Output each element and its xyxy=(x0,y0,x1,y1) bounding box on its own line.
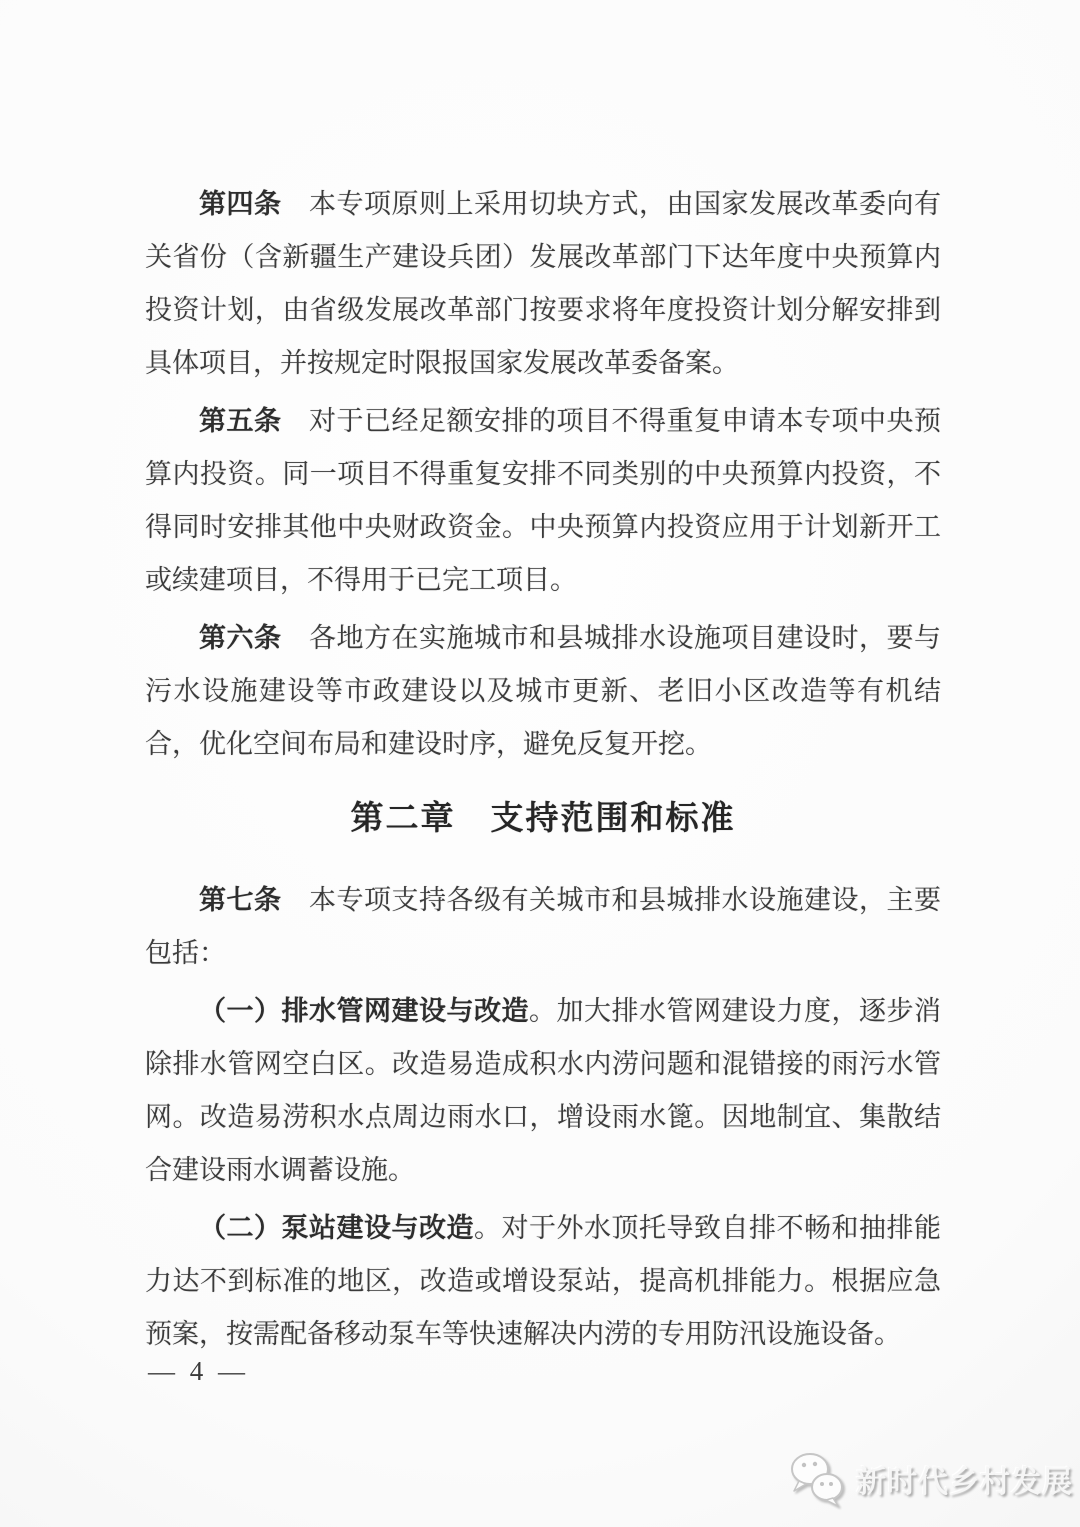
paragraph: （二）泵站建设与改造。对于外水顶托导致自排不畅和抽排能力达不到标准的地区，改造或… xyxy=(145,1202,941,1361)
document-body: 第四条 本专项原则上采用切块方式，由国家发展改革委向有关省份（含新疆生产建设兵团… xyxy=(145,178,941,1366)
text-line: 预案，按需配备移动泵车等快速解决内涝的专用防汛设施设备。 xyxy=(145,1308,941,1361)
text-line: 第五条 对于已经足额安排的项目不得重复申请本专项中央预 xyxy=(145,395,941,448)
article-label: （一）排水管网建设与改造 xyxy=(199,996,529,1026)
text-line: 第七条 本专项支持各级有关城市和县城排水设施建设，主要 xyxy=(145,874,941,927)
text-line: 第四条 本专项原则上采用切块方式，由国家发展改革委向有 xyxy=(145,178,941,231)
text-line: 网。改造易涝积水点周边雨水口，增设雨水篦。因地制宜、集散结 xyxy=(145,1091,941,1144)
chapter-heading: 第二章 支持范围和标准 xyxy=(145,791,941,844)
text-line: 具体项目，并按规定时限报国家发展改革委备案。 xyxy=(145,337,941,390)
text-line: 投资计划，由省级发展改革部门按要求将年度投资计划分解安排到 xyxy=(145,284,941,337)
text-line: 力达不到标准的地区，改造或增设泵站，提高机排能力。根据应急 xyxy=(145,1255,941,1308)
watermark-label: 新时代乡村发展 xyxy=(856,1457,1073,1501)
text-line: （一）排水管网建设与改造。加大排水管网建设力度，逐步消 xyxy=(145,985,941,1038)
article-label: 第四条 xyxy=(199,189,282,219)
text-line: 得同时安排其他中央财政资金。中央预算内投资应用于计划新开工 xyxy=(145,501,941,554)
text-line: 第六条 各地方在实施城市和县城排水设施项目建设时，要与 xyxy=(145,612,941,665)
paragraph: 第六条 各地方在实施城市和县城排水设施项目建设时，要与污水设施建设等市政建设以及… xyxy=(145,612,941,771)
text-line: （二）泵站建设与改造。对于外水顶托导致自排不畅和抽排能 xyxy=(145,1202,941,1255)
paragraph: 第四条 本专项原则上采用切块方式，由国家发展改革委向有关省份（含新疆生产建设兵团… xyxy=(145,178,941,390)
text-line: 算内投资。同一项目不得重复安排不同类别的中央预算内投资，不 xyxy=(145,448,941,501)
text-line: 合建设雨水调蓄设施。 xyxy=(145,1144,941,1197)
text-line: 污水设施建设等市政建设以及城市更新、老旧小区改造等有机结 xyxy=(145,665,941,718)
text-line: 合，优化空间布局和建设时序，避免反复开挖。 xyxy=(145,718,941,771)
wechat-icon xyxy=(788,1450,848,1508)
watermark: 新时代乡村发展 xyxy=(788,1450,1073,1508)
article-label: 第五条 xyxy=(199,406,282,436)
article-label: 第七条 xyxy=(199,885,282,915)
paragraph: 第五条 对于已经足额安排的项目不得重复申请本专项中央预算内投资。同一项目不得重复… xyxy=(145,395,941,607)
text-line: 或续建项目，不得用于已完工项目。 xyxy=(145,554,941,607)
text-line: 除排水管网空白区。改造易造成积水内涝问题和混错接的雨污水管 xyxy=(145,1038,941,1091)
page-number: — 4 — xyxy=(148,1356,249,1387)
article-label: 第六条 xyxy=(199,623,282,653)
document-page: 第四条 本专项原则上采用切块方式，由国家发展改革委向有关省份（含新疆生产建设兵团… xyxy=(0,0,1080,1527)
text-line: 关省份（含新疆生产建设兵团）发展改革部门下达年度中央预算内 xyxy=(145,231,941,284)
text-line: 包括： xyxy=(145,927,941,980)
paragraph: 第七条 本专项支持各级有关城市和县城排水设施建设，主要包括： xyxy=(145,874,941,980)
paragraph: （一）排水管网建设与改造。加大排水管网建设力度，逐步消除排水管网空白区。改造易造… xyxy=(145,985,941,1197)
article-label: （二）泵站建设与改造 xyxy=(199,1213,474,1243)
